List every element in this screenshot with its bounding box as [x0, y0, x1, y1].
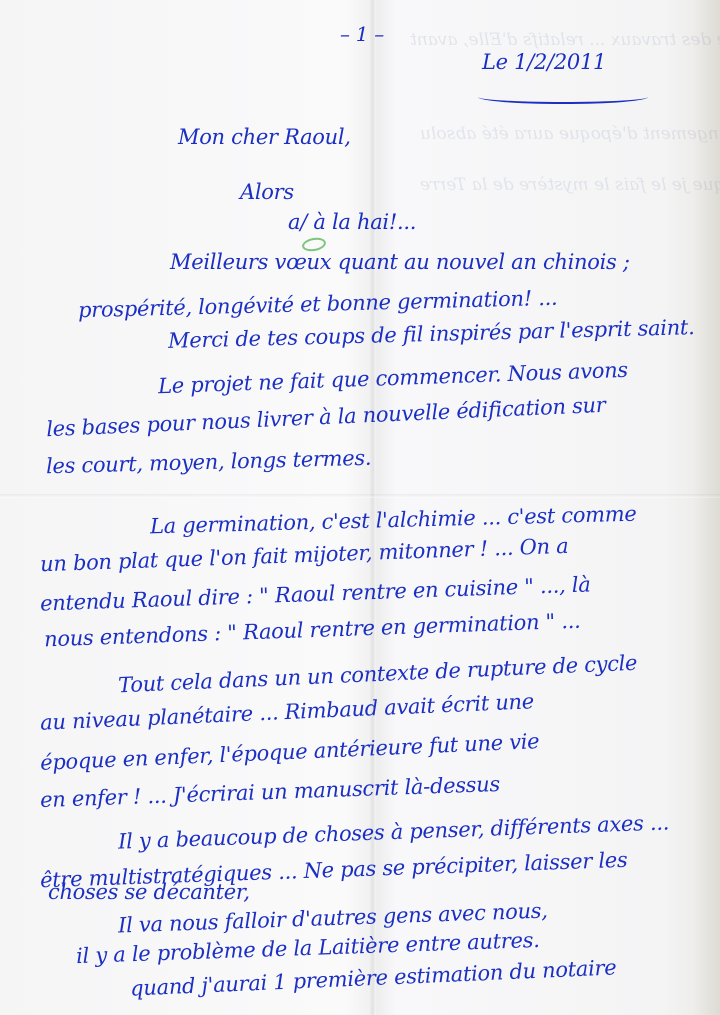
- paper-edge-shadow: [692, 0, 720, 1015]
- letter-line: La germination, c'est l'alchimie ... c'e…: [150, 502, 637, 539]
- letter-line: prospérité, longévité et bonne germinati…: [78, 286, 558, 323]
- date-underline-stroke: [478, 90, 648, 104]
- letter-line: les bases pour nous livrer à la nouvelle…: [46, 393, 606, 441]
- letter-line: au niveau planétaire ... Rimbaud avait é…: [40, 689, 535, 735]
- letter-line: un bon plat que l'on fait mijoter, miton…: [40, 534, 569, 576]
- letter-line: en enfer ! ... J'écrirai un manuscrit là…: [40, 772, 501, 812]
- letter-line: entendu Raoul dire : " Raoul rentre en c…: [40, 572, 591, 615]
- salutation: Mon cher Raoul,: [178, 125, 351, 149]
- letter-page: on me venge des travaux ... relatifs d'E…: [0, 0, 720, 1015]
- opening-line: a/ à la hai!...: [288, 210, 416, 234]
- letter-line: Merci de tes coups de fil inspirés par l…: [168, 315, 695, 353]
- bleed-through-text: on me venge des travaux ... relatifs d'E…: [410, 30, 720, 50]
- page-number: – 1 –: [340, 22, 384, 46]
- letter-line: Le projet ne fait que commencer. Nous av…: [158, 358, 628, 398]
- letter-date: Le 1/2/2011: [482, 50, 606, 74]
- bleed-through-text: À la retraite, le changement d'époque au…: [420, 124, 720, 144]
- horizontal-fold-crease: [0, 494, 720, 498]
- letter-line: Tout cela dans un un contexte de rupture…: [118, 651, 638, 698]
- letter-line: Meilleurs vœux quant au nouvel an chinoi…: [170, 250, 630, 274]
- letter-line: Il y a beaucoup de choses à penser, diff…: [118, 810, 670, 853]
- opening-line: Alors: [240, 180, 294, 204]
- letter-line: nous entendons : " Raoul rentre en germi…: [44, 609, 581, 652]
- letter-line: époque en enfer, l'époque antérieure fut…: [40, 729, 540, 775]
- bleed-through-text: et fondre que je le fais le mystère de l…: [420, 175, 720, 195]
- letter-line: choses se décanter,: [48, 880, 250, 904]
- letter-line: les court, moyen, longs termes.: [46, 446, 372, 479]
